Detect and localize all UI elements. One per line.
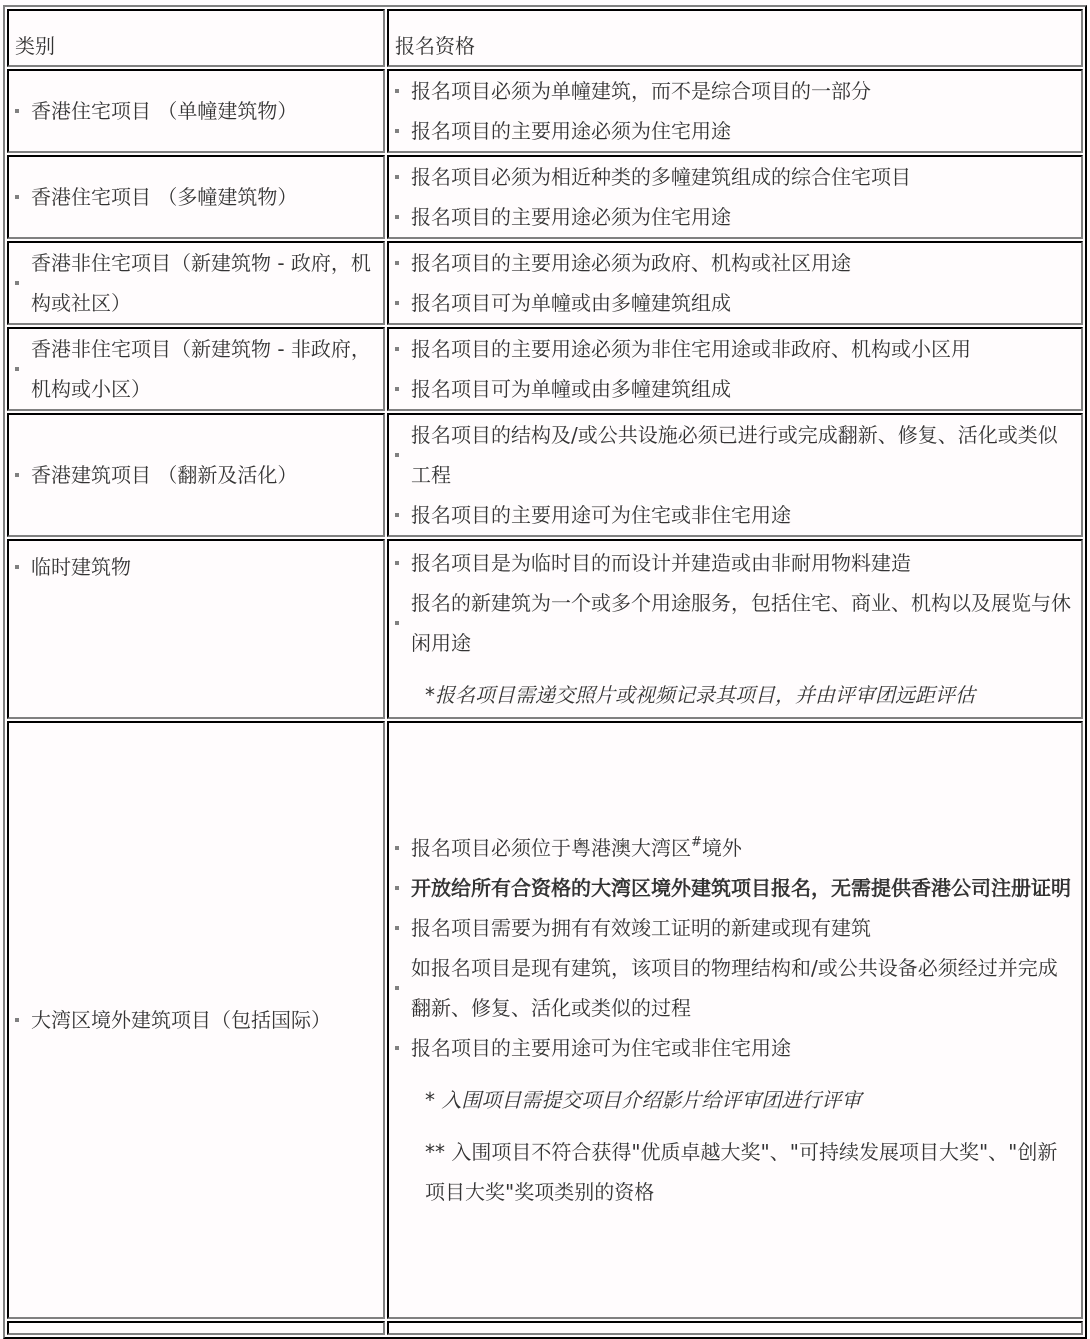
category-label: 香港住宅项目 （多幢建筑物） <box>31 185 297 209</box>
list-item: 如报名项目是现有建筑，该项目的物理结构和/或公共设备必须经过并完成翻新、修复、活… <box>395 948 1073 1028</box>
bullet-icon <box>15 109 19 113</box>
table-row: 香港住宅项目 （单幢建筑物） 报名项目必须为单幢建筑，而不是综合项目的一部分 报… <box>7 69 1083 153</box>
bullet-icon <box>395 926 399 930</box>
eligibility-cell: 报名项目的主要用途必须为非住宅用途或非政府、机构或小区用 报名项目可为单幢或由多… <box>387 327 1083 411</box>
footnote: * 入围项目需提交项目介绍影片给评审团进行评审 <box>395 1080 1073 1120</box>
bullet-icon <box>15 367 19 371</box>
list-item: 报名项目是为临时目的而设计并建造或由非耐用物料建造 <box>395 543 1073 583</box>
header-eligibility: 报名资格 <box>387 9 1083 67</box>
category-cell: 香港住宅项目 （多幢建筑物） <box>7 155 385 239</box>
list-item: 报名项目必须为相近种类的多幢建筑组成的综合住宅项目 <box>395 157 1073 197</box>
bullet-icon <box>395 1046 399 1050</box>
bullet-icon <box>395 261 399 265</box>
list-item: 开放给所有合资格的大湾区境外建筑项目报名，无需提供香港公司注册证明 <box>395 868 1073 908</box>
bullet-icon <box>395 561 399 565</box>
bullet-icon <box>395 89 399 93</box>
header-category: 类别 <box>7 9 385 67</box>
bullet-icon <box>395 129 399 133</box>
table-row: 临时建筑物 报名项目是为临时目的而设计并建造或由非耐用物料建造 报名的新建筑为一… <box>7 539 1083 719</box>
category-label: 大湾区境外建筑项目（包括国际） <box>31 1008 331 1032</box>
category-label: 临时建筑物 <box>31 555 131 579</box>
hash-superscript: # <box>691 835 702 850</box>
bullet-icon <box>15 473 19 477</box>
list-item: 报名项目可为单幢或由多幢建筑组成 <box>395 283 1073 323</box>
bullet-icon <box>395 175 399 179</box>
bullet-icon <box>395 986 399 990</box>
bullet-icon <box>395 301 399 305</box>
list-item: 报名项目可为单幢或由多幢建筑组成 <box>395 369 1073 409</box>
list-item: 报名项目的主要用途可为住宅或非住宅用途 <box>395 495 1073 535</box>
bullet-icon <box>15 281 19 285</box>
category-cell: 大湾区境外建筑项目（包括国际） <box>7 721 385 1250</box>
list-item: 报名项目的主要用途必须为政府、机构或社区用途 <box>395 243 1073 283</box>
bullet-icon <box>395 453 399 457</box>
eligibility-table: 类别 报名资格 香港住宅项目 （单幢建筑物） 报名项目必须为单幢建筑，而不是综合… <box>3 5 1087 1250</box>
table-row: 香港建筑项目 （翻新及活化） 报名项目的结构及/或公共设施必须已进行或完成翻新、… <box>7 413 1083 537</box>
list-item: 报名项目必须位于粤港澳大湾区#境外 <box>395 828 1073 868</box>
list-item: 报名项目的结构及/或公共设施必须已进行或完成翻新、修复、活化或类似工程 <box>395 415 1073 495</box>
eligibility-cell: 报名项目必须位于粤港澳大湾区#境外 开放给所有合资格的大湾区境外建筑项目报名，无… <box>387 721 1083 1250</box>
list-item: 报名项目的主要用途必须为非住宅用途或非政府、机构或小区用 <box>395 329 1073 369</box>
eligibility-cell: 报名项目的结构及/或公共设施必须已进行或完成翻新、修复、活化或类似工程 报名项目… <box>387 413 1083 537</box>
list-item: 报名项目的主要用途可为住宅或非住宅用途 <box>395 1028 1073 1068</box>
bullet-icon <box>15 195 19 199</box>
category-cell: 香港住宅项目 （单幢建筑物） <box>7 69 385 153</box>
footnote: ** 入围项目不符合获得"优质卓越大奖"、"可持续发展项目大奖"、"创新项目大奖… <box>395 1132 1073 1212</box>
list-item: 报名项目的主要用途必须为住宅用途 <box>395 197 1073 237</box>
bullet-icon <box>395 513 399 517</box>
list-item: 报名项目需要为拥有有效竣工证明的新建或现有建筑 <box>395 908 1073 948</box>
category-label: 香港住宅项目 （单幢建筑物） <box>31 99 297 123</box>
category-label: 香港非住宅项目（新建筑物 - 非政府，机构或小区） <box>31 337 371 401</box>
list-item: 报名的新建筑为一个或多个用途服务，包括住宅、商业、机构以及展览与休闲用途 <box>395 583 1073 663</box>
category-label: 香港非住宅项目（新建筑物 - 政府，机构或社区） <box>31 251 371 315</box>
table-row: 香港非住宅项目（新建筑物 - 政府，机构或社区） 报名项目的主要用途必须为政府、… <box>7 241 1083 325</box>
list-item: 报名项目的主要用途必须为住宅用途 <box>395 111 1073 151</box>
category-cell: 香港非住宅项目（新建筑物 - 非政府，机构或小区） <box>7 327 385 411</box>
bullet-icon <box>395 846 399 850</box>
bullet-icon <box>15 1018 19 1022</box>
eligibility-cell: 报名项目的主要用途必须为政府、机构或社区用途 报名项目可为单幢或由多幢建筑组成 <box>387 241 1083 325</box>
table-row: 香港非住宅项目（新建筑物 - 非政府，机构或小区） 报名项目的主要用途必须为非住… <box>7 327 1083 411</box>
category-cell: 临时建筑物 <box>7 539 385 719</box>
list-item: 报名项目必须为单幢建筑，而不是综合项目的一部分 <box>395 71 1073 111</box>
eligibility-cell: 报名项目是为临时目的而设计并建造或由非耐用物料建造 报名的新建筑为一个或多个用途… <box>387 539 1083 719</box>
category-cell: 香港非住宅项目（新建筑物 - 政府，机构或社区） <box>7 241 385 325</box>
table-header-row: 类别 报名资格 <box>7 9 1083 67</box>
footnote: *报名项目需递交照片或视频记录其项目，并由评审团远距评估 <box>395 675 1073 715</box>
bullet-icon <box>395 387 399 391</box>
category-cell: 香港建筑项目 （翻新及活化） <box>7 413 385 537</box>
table-row: 大湾区境外建筑项目（包括国际） 报名项目必须位于粤港澳大湾区#境外 开放给所有合… <box>7 721 1083 1250</box>
category-label: 香港建筑项目 （翻新及活化） <box>31 463 297 487</box>
eligibility-cell: 报名项目必须为相近种类的多幢建筑组成的综合住宅项目 报名项目的主要用途必须为住宅… <box>387 155 1083 239</box>
bullet-icon <box>15 565 19 569</box>
eligibility-cell: 报名项目必须为单幢建筑，而不是综合项目的一部分 报名项目的主要用途必须为住宅用途 <box>387 69 1083 153</box>
bullet-icon <box>395 886 399 890</box>
bullet-icon <box>395 347 399 351</box>
table-row: 香港住宅项目 （多幢建筑物） 报名项目必须为相近种类的多幢建筑组成的综合住宅项目… <box>7 155 1083 239</box>
bullet-icon <box>395 621 399 625</box>
bullet-icon <box>395 215 399 219</box>
